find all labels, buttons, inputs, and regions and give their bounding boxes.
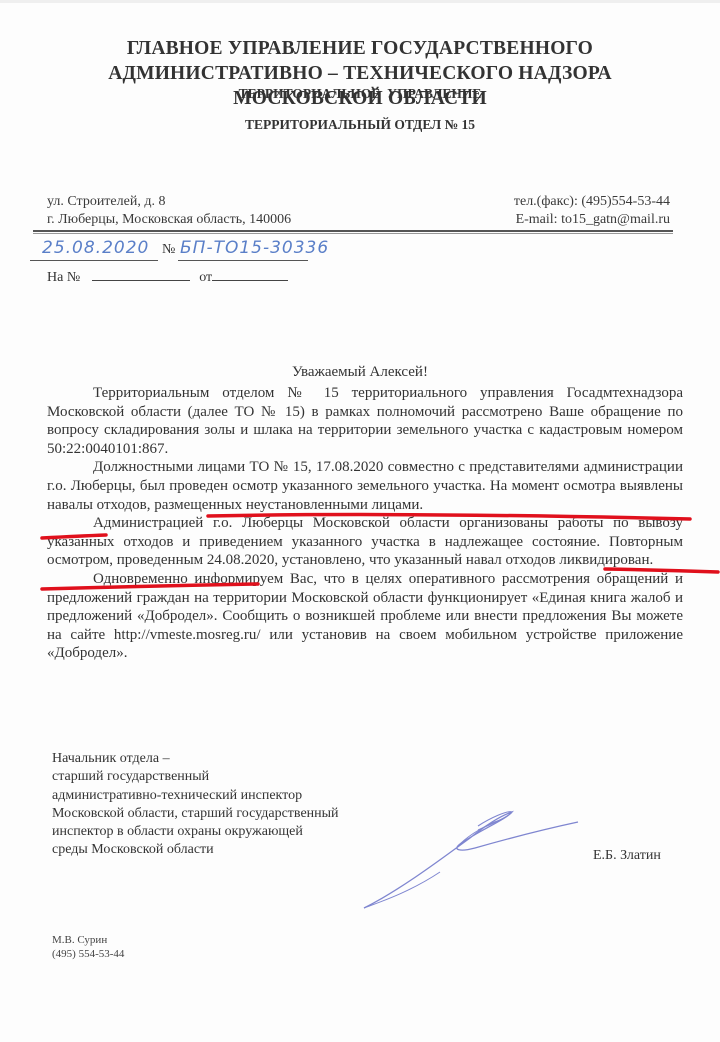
position-line: старший государственный bbox=[52, 768, 339, 786]
position-line: Начальник отдела – bbox=[52, 750, 339, 768]
letterhead-title-line: ГЛАВНОЕ УПРАВЛЕНИЕ ГОСУДАРСТВЕННОГО bbox=[0, 36, 720, 61]
date-underline bbox=[30, 260, 158, 261]
executor-info: М.В. Сурин (495) 554-53-44 bbox=[52, 934, 124, 961]
reference-line: На № от bbox=[47, 268, 288, 286]
handwritten-date: 25.08.2020 bbox=[42, 238, 149, 258]
contact-phone: тел.(факс): (495)554-53-44 bbox=[514, 193, 670, 211]
registration-line: 25.08.2020 № БП-ТО15-30336 bbox=[30, 238, 370, 262]
executor-phone: (495) 554-53-44 bbox=[52, 948, 124, 962]
letterhead-title-line: АДМИНИСТРАТИВНО – ТЕХНИЧЕСКОГО НАДЗОРА bbox=[0, 61, 720, 86]
contact-email: E-mail: to15_gatn@mail.ru bbox=[514, 211, 670, 229]
number-sign: № bbox=[162, 242, 175, 258]
executor-name: М.В. Сурин bbox=[52, 934, 124, 948]
ref-number-label: На № bbox=[47, 270, 80, 285]
paragraph-2-text: Должностными лицами ТО № 15, 17.08.2020 … bbox=[47, 459, 683, 494]
greeting: Уважаемый Алексей! bbox=[0, 364, 720, 381]
ref-date-blank bbox=[212, 268, 288, 281]
signatory-position: Начальник отдела – старший государственн… bbox=[52, 750, 339, 860]
paragraph-1: Территориальным отделом № 15 территориал… bbox=[47, 384, 683, 458]
address-city: г. Люберцы, Московская область, 140006 bbox=[47, 211, 291, 229]
ref-from-label: от bbox=[199, 270, 212, 285]
ref-number-blank bbox=[92, 268, 190, 281]
header-divider-thin bbox=[33, 233, 673, 234]
paragraph-3: Администрацией г.о. Люберцы Московской о… bbox=[47, 514, 683, 570]
signatory-name: Е.Б. Златин bbox=[593, 848, 661, 864]
paragraph-2: Должностными лицами ТО № 15, 17.08.2020 … bbox=[47, 458, 683, 514]
handwritten-signature bbox=[360, 800, 590, 920]
paragraph-3-end: . bbox=[649, 552, 653, 568]
handwritten-reg-number: БП-ТО15-30336 bbox=[180, 238, 329, 258]
position-line: административно-технический инспектор bbox=[52, 787, 339, 805]
page-top-edge bbox=[0, 0, 720, 3]
position-line: инспектор в области охраны окружающей bbox=[52, 823, 339, 841]
header-divider bbox=[33, 230, 673, 232]
number-underline bbox=[178, 260, 308, 261]
sender-address: ул. Строителей, д. 8 г. Люберцы, Московс… bbox=[47, 193, 291, 229]
position-line: среды Московской области bbox=[52, 841, 339, 859]
position-line: Московской области, старший государствен… bbox=[52, 805, 339, 823]
letterhead-subtitle-department: ТЕРРИТОРИАЛЬНЫЙ ОТДЕЛ № 15 bbox=[0, 117, 720, 133]
letter-body: Территориальным отделом № 15 территориал… bbox=[47, 384, 683, 663]
sender-contacts: тел.(факс): (495)554-53-44 E-mail: to15_… bbox=[514, 193, 670, 229]
paragraph-2-end: . bbox=[419, 497, 423, 513]
highlighted-waste-removed: указанный навал отходов ликвидирован bbox=[394, 552, 649, 568]
address-street: ул. Строителей, д. 8 bbox=[47, 193, 291, 211]
letterhead-subtitle-directorate: ТЕРРИТОРИАЛЬНОЕ УПРАВЛЕНИЕ bbox=[0, 86, 720, 102]
paragraph-4: Одновременно информируем Вас, что в целя… bbox=[47, 570, 683, 663]
